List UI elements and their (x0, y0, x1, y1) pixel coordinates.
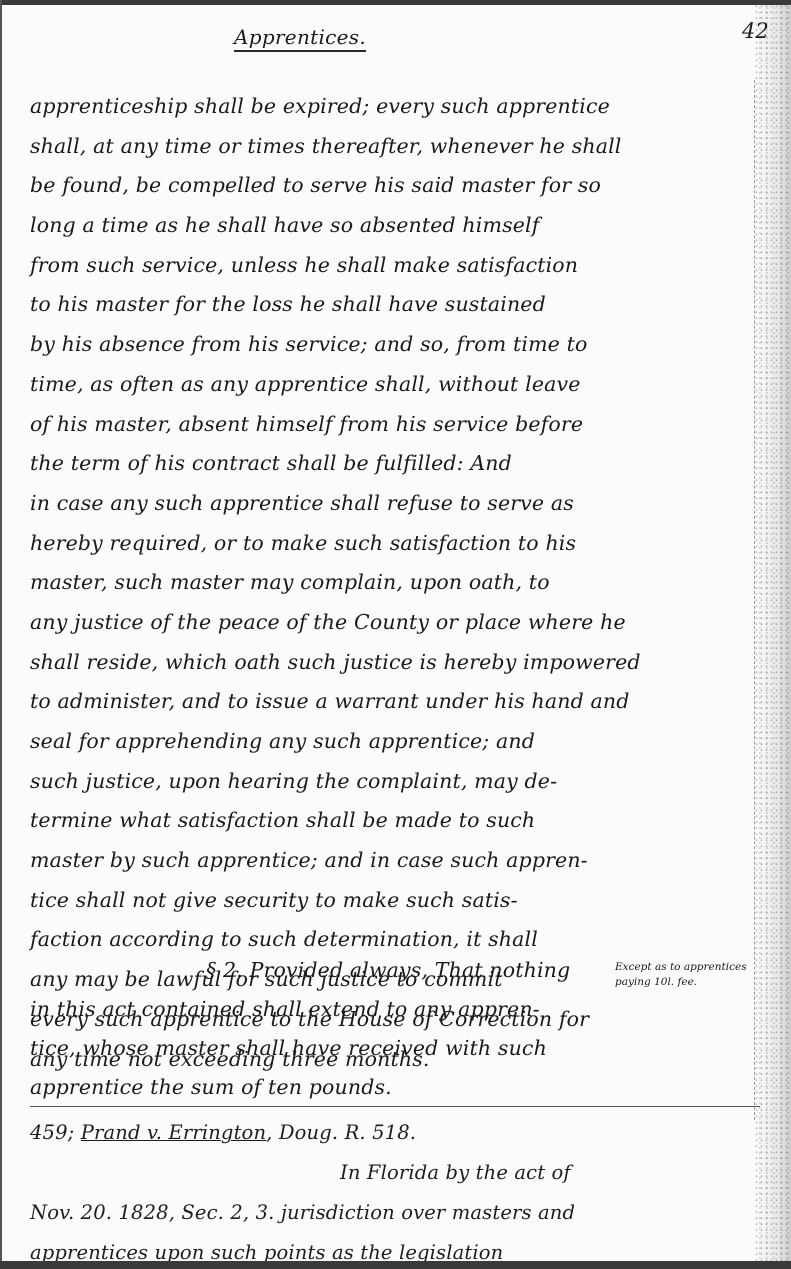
page-number: 42 (742, 19, 769, 43)
text-line: long a time as he shall have so absented… (30, 206, 620, 246)
text-line: to his master for the loss he shall have… (30, 285, 620, 325)
text-line: tice shall not give security to make suc… (30, 881, 620, 921)
footnote-divider (30, 1106, 760, 1107)
text-line: hereby required, or to make such satisfa… (30, 524, 620, 564)
citation-line: 459; Prand v. Errington, Doug. R. 518. (30, 1113, 760, 1153)
text-line: master, such master may complain, upon o… (30, 563, 620, 603)
section-2-paragraph: § 2. Provided always, That nothing in th… (30, 951, 620, 1107)
text-line: such justice, upon hearing the complaint… (30, 762, 620, 802)
text-line: termine what satisfaction shall be made … (30, 801, 620, 841)
margin-note: Except as to apprentices paying 10l. fee… (615, 960, 785, 990)
text-line: master by such apprentice; and in case s… (30, 841, 620, 881)
text-line: in this act contained shall extend to an… (30, 990, 620, 1029)
margin-note-line: Except as to apprentices (615, 960, 785, 975)
scan-bottom-border (0, 1261, 791, 1269)
citation-suffix: , Doug. R. 518. (266, 1121, 416, 1144)
text-line: apprenticeship shall be expired; every s… (30, 87, 620, 127)
body-paragraph: apprenticeship shall be expired; every s… (30, 87, 620, 1079)
text-line: to administer, and to issue a warrant un… (30, 682, 620, 722)
text-line: shall reside, which oath such justice is… (30, 643, 620, 683)
text-line: in case any such apprentice shall refuse… (30, 484, 620, 524)
manuscript-page: Apprentices. 42 apprenticeship shall be … (2, 5, 791, 1261)
page-heading: Apprentices. (234, 25, 366, 52)
text-line: shall, at any time or times thereafter, … (30, 127, 620, 167)
case-name: Prand v. Errington (81, 1121, 266, 1144)
text-line: by his absence from his service; and so,… (30, 325, 620, 365)
citation-prefix: 459; (30, 1121, 81, 1144)
margin-note-line: paying 10l. fee. (615, 975, 785, 990)
text-line: time, as often as any apprentice shall, … (30, 365, 620, 405)
text-line: from such service, unless he shall make … (30, 246, 620, 286)
page-edge-speckle (755, 5, 791, 1261)
footnote-block: 459; Prand v. Errington, Doug. R. 518. I… (30, 1113, 760, 1269)
text-line: any justice of the peace of the County o… (30, 603, 620, 643)
text-line: be found, be compelled to serve his said… (30, 166, 620, 206)
text-line: seal for apprehending any such apprentic… (30, 722, 620, 762)
text-line: the term of his contract shall be fulfil… (30, 444, 620, 484)
text-line: In Florida by the act of (30, 1153, 760, 1193)
text-line: apprentice the sum of ten pounds. (30, 1068, 620, 1107)
text-line: tice, whose master shall have received w… (30, 1029, 620, 1068)
text-line: of his master, absent himself from his s… (30, 405, 620, 445)
text-line: § 2. Provided always, That nothing (30, 951, 620, 990)
text-line: Nov. 20. 1828, Sec. 2, 3. jurisdiction o… (30, 1193, 760, 1233)
